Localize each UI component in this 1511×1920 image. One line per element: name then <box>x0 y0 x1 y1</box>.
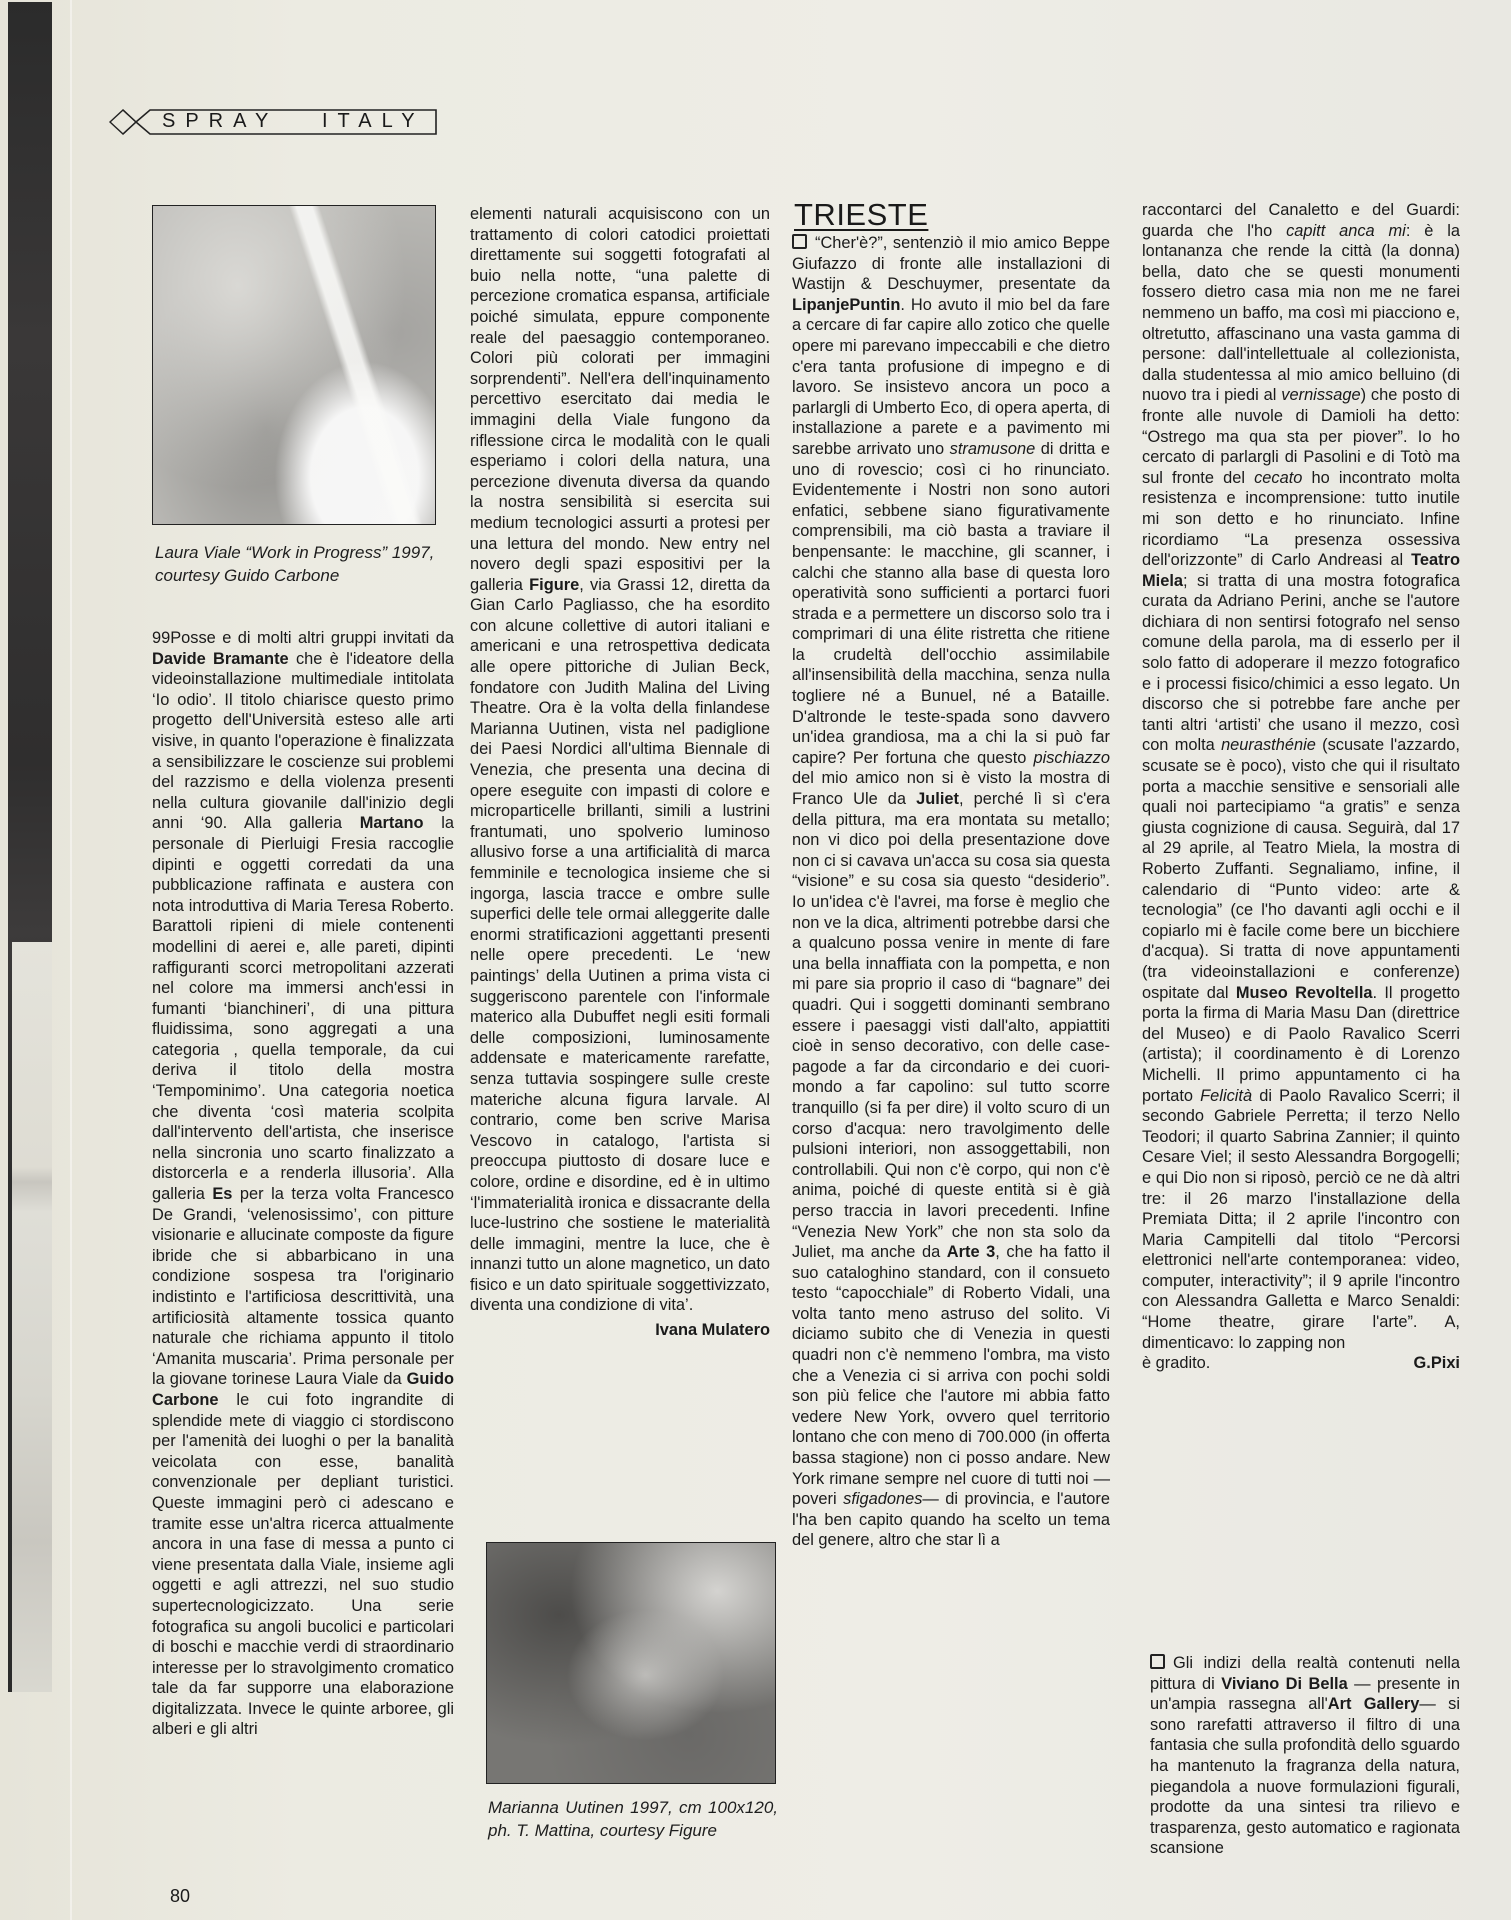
gallery-name: Juliet <box>916 790 959 808</box>
text: 99Posse e di molti altri gruppi invitati… <box>152 629 454 647</box>
binding-edge <box>8 2 52 1692</box>
italic-term: Felicità <box>1200 1087 1252 1105</box>
text: elementi naturali acquisiscono con un tr… <box>470 205 770 594</box>
italic-term: capitt anca mi <box>1286 222 1406 240</box>
checkbox-bullet-icon <box>1150 1654 1165 1669</box>
text: di Paolo Ravalico Scerri; il secondo Gab… <box>1142 1087 1460 1352</box>
italic-term: pischiazzo <box>1033 749 1110 767</box>
laura-viale-caption: Laura Viale “Work in Progress” 1997, cou… <box>155 541 455 587</box>
article-column-3: “Cher'è?”, sentenziò il mio amico Beppe … <box>792 233 1110 1551</box>
text: — si sono rarefatti attraverso il filtro… <box>1150 1695 1460 1857</box>
gallery-name: Es <box>212 1185 232 1203</box>
text: “Cher'è?”, sentenziò il mio amico Beppe … <box>792 234 1110 293</box>
text: , perché lì sì c'era della pittura, ma e… <box>792 790 1110 1261</box>
signature-line: è gradito.G.Pixi <box>1142 1353 1460 1374</box>
article-column-4-second: Gli indizi della realtà contenuti nella … <box>1150 1653 1460 1859</box>
italic-term: sfigadones <box>843 1490 922 1508</box>
italic-term: cecato <box>1254 469 1302 487</box>
gallery-name: LipanjePuntin <box>792 296 900 314</box>
magazine-page: SPRAY ITALY Laura Viale “Work in Progres… <box>0 0 1511 1920</box>
marianna-uutinen-caption: Marianna Uutinen 1997, cm 100x120, ph. T… <box>488 1796 778 1842</box>
text: ; si tratta di una mostra fotografica cu… <box>1142 572 1460 755</box>
text: : è la lontananza che rende la città (la… <box>1142 222 1460 405</box>
author-signature: G.Pixi <box>1414 1353 1460 1374</box>
gallery-name: Museo Revoltella <box>1236 984 1373 1002</box>
page-fold <box>70 0 72 1920</box>
article-column-1: 99Posse e di molti altri gruppi invitati… <box>152 628 454 1740</box>
text: per la terza volta Francesco De Grandi, … <box>152 1185 454 1388</box>
italic-term: vernissage <box>1281 386 1360 404</box>
checkbox-bullet-icon <box>792 234 807 249</box>
text: . Ho avuto il mio bel da fare a cercare … <box>792 296 1110 458</box>
gallery-name: Davide Bramante <box>152 650 289 668</box>
text: è gradito. <box>1142 1353 1210 1374</box>
italic-term: stramusone <box>950 440 1036 458</box>
italic-term: neurasthénie <box>1221 736 1316 754</box>
section-title-trieste: TRIESTE <box>794 198 928 232</box>
page-number: 80 <box>170 1886 190 1907</box>
marianna-uutinen-photo <box>486 1542 776 1784</box>
gallery-name: Martano <box>360 814 424 832</box>
laura-viale-photo <box>152 205 436 525</box>
gallery-name: Art Gallery <box>1328 1695 1420 1713</box>
text: che è l'ideatore della videoinstallazion… <box>152 650 454 833</box>
section-label-italy: ITALY <box>322 110 425 133</box>
artist-name: Viviano Di Bella <box>1221 1675 1347 1693</box>
text: le cui foto ingrandite di splendide mete… <box>152 1391 454 1739</box>
article-column-2: elementi naturali acquisiscono con un tr… <box>470 204 770 1341</box>
author-signature: Ivana Mulatero <box>470 1320 770 1341</box>
article-column-4: raccontarci del Canaletto e del Guardi: … <box>1142 200 1460 1374</box>
text: la personale di Pierluigi Fresia raccogl… <box>152 814 454 1203</box>
text: (scusate l'azzardo, scusate se è poco), … <box>1142 736 1460 1001</box>
text: , via Grassi 12, diretta da Gian Carlo P… <box>470 576 770 1315</box>
gallery-name: Figure <box>529 576 579 594</box>
section-label-spray: SPRAY <box>162 110 278 133</box>
text: , che ha fatto il suo cataloghino standa… <box>792 1243 1110 1508</box>
gallery-name: Arte 3 <box>947 1243 995 1261</box>
text: di dritta e uno di rovescio; così ci ho … <box>792 440 1110 767</box>
